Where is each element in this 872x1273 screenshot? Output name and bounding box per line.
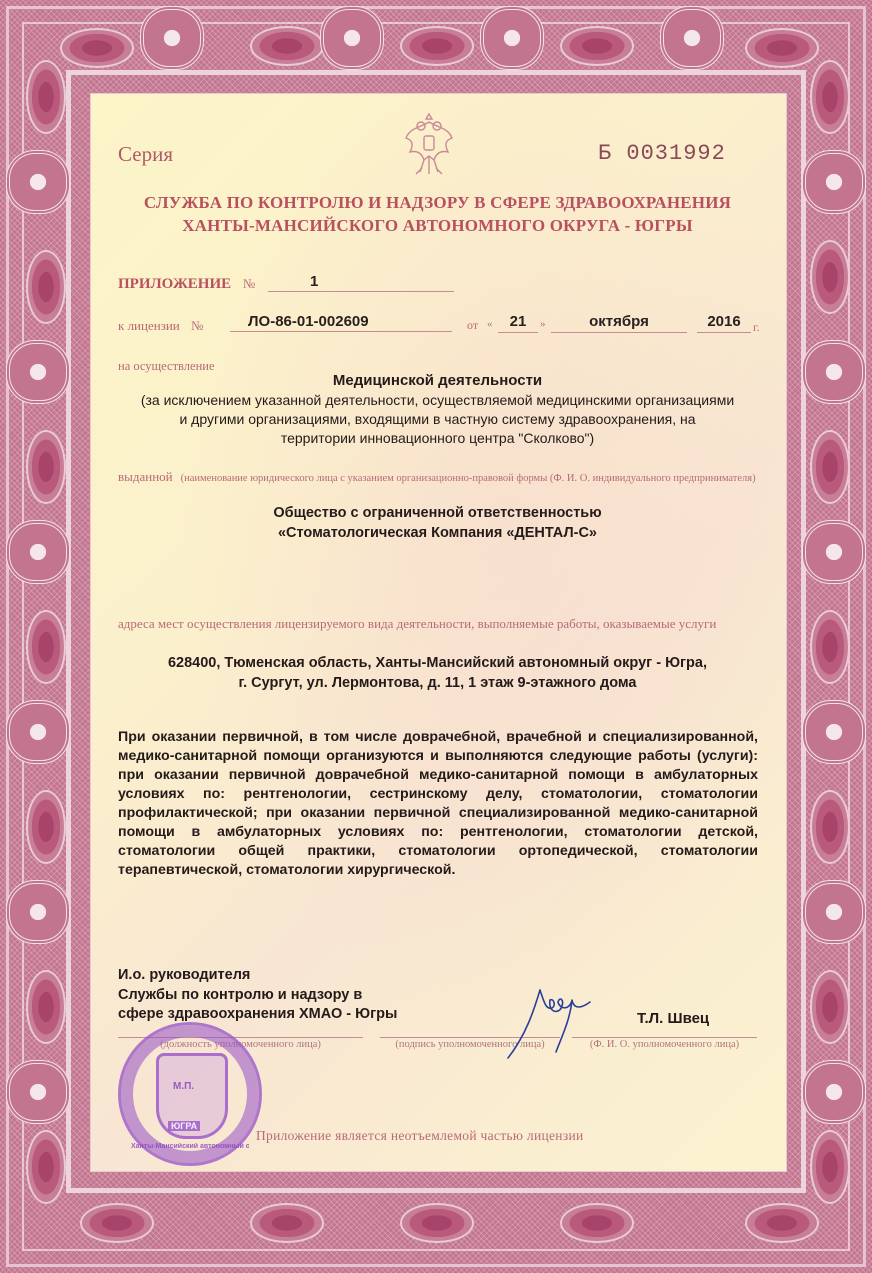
address-label: адреса мест осуществления лицензируемого… bbox=[118, 616, 756, 632]
appendix-row: ПРИЛОЖЕНИЕ № bbox=[118, 276, 255, 293]
ornament-medallion bbox=[560, 26, 634, 66]
ornament-knot bbox=[320, 6, 384, 70]
ornament-medallion bbox=[80, 1203, 154, 1243]
appendix-number-field: 1 bbox=[268, 273, 454, 292]
official-stamp: М.П. ЮГРА Ханты-Мансийский автономный ок… bbox=[118, 1022, 262, 1166]
ornament-knot bbox=[6, 1060, 70, 1124]
license-number-field: ЛО-86-01-002609 bbox=[230, 313, 452, 332]
activity-description-line: и другими организациями, входящими в час… bbox=[100, 410, 775, 429]
series-label: Серия bbox=[118, 142, 173, 167]
address-line2: г. Сургут, ул. Лермонтова, д. 11, 1 этаж… bbox=[100, 673, 775, 693]
ornament-medallion bbox=[810, 610, 850, 684]
ornament-medallion bbox=[810, 240, 850, 314]
signatory-position: И.о. руководителя Службы по контролю и н… bbox=[118, 966, 397, 1025]
ornament-medallion bbox=[400, 1203, 474, 1243]
activity-title: Медицинской деятельности bbox=[100, 372, 775, 389]
ornament-medallion bbox=[560, 1203, 634, 1243]
appendix-label: ПРИЛОЖЕНИЕ bbox=[118, 276, 231, 292]
ornament-knot bbox=[140, 6, 204, 70]
ornament-medallion bbox=[26, 430, 66, 504]
license-label: к лицензии bbox=[118, 318, 180, 333]
signatory-position-line3: сфере здравоохранения ХМАО - Югры bbox=[118, 1005, 397, 1025]
ornament-medallion bbox=[810, 430, 850, 504]
activity-description: (за исключением указанной деятельности, … bbox=[100, 391, 775, 448]
license-number-sign: № bbox=[191, 318, 203, 333]
address-line1: 628400, Тюменская область, Ханты-Мансийс… bbox=[100, 653, 775, 673]
ornament-medallion bbox=[26, 250, 66, 324]
ornament-knot bbox=[802, 520, 866, 584]
ornament-medallion bbox=[400, 26, 474, 66]
stamp-emblem-text: ЮГРА bbox=[168, 1121, 200, 1131]
appendix-number-sign: № bbox=[243, 276, 255, 291]
ornament-knot bbox=[6, 340, 70, 404]
ornament-medallion bbox=[745, 1203, 819, 1243]
license-from-label: от bbox=[467, 318, 478, 333]
licensee-name: Общество с ограниченной ответственностью… bbox=[100, 503, 775, 543]
ornament-medallion bbox=[250, 1203, 324, 1243]
ornament-medallion bbox=[810, 1130, 850, 1204]
signatory-name: Т.Л. Швец bbox=[637, 1010, 709, 1027]
ornament-medallion bbox=[26, 790, 66, 864]
date-close-quote: » bbox=[540, 318, 546, 330]
ornament-knot bbox=[6, 150, 70, 214]
signatory-position-line1: И.о. руководителя bbox=[118, 966, 397, 986]
ornament-knot bbox=[802, 880, 866, 944]
ornament-medallion bbox=[810, 970, 850, 1044]
series-number: Б 0031992 bbox=[598, 141, 726, 166]
ornament-knot bbox=[6, 700, 70, 764]
handwritten-signature bbox=[500, 980, 600, 1060]
ornament-medallion bbox=[745, 28, 819, 68]
license-label-row: к лицензии № bbox=[118, 318, 203, 334]
ornament-knot bbox=[6, 880, 70, 944]
date-open-quote: « bbox=[487, 318, 493, 330]
ornament-medallion bbox=[60, 28, 134, 68]
services-text: При оказании первичной, в том числе довр… bbox=[118, 728, 758, 880]
license-day-field: 21 bbox=[498, 313, 538, 333]
ornament-knot bbox=[802, 700, 866, 764]
ornament-knot bbox=[480, 6, 544, 70]
russian-coat-of-arms-icon bbox=[404, 110, 454, 178]
ornament-knot bbox=[660, 6, 724, 70]
activity-description-line: (за исключением указанной деятельности, … bbox=[100, 391, 775, 410]
ornament-medallion bbox=[26, 970, 66, 1044]
ornament-knot bbox=[802, 340, 866, 404]
ornament-knot bbox=[802, 150, 866, 214]
ornament-medallion bbox=[26, 610, 66, 684]
licensee-name-line2: «Стоматологическая Компания «ДЕНТАЛ-С» bbox=[100, 523, 775, 543]
ornament-knot bbox=[802, 1060, 866, 1124]
address-block: 628400, Тюменская область, Ханты-Мансийс… bbox=[100, 653, 775, 693]
issued-to-label: выданной bbox=[118, 469, 173, 484]
stamp-mp-label: М.П. bbox=[173, 1081, 194, 1092]
year-suffix: г. bbox=[753, 320, 760, 335]
license-month-field: октября bbox=[551, 313, 687, 333]
ornament-knot bbox=[6, 520, 70, 584]
issued-to-hint: (наименование юридического лица с указан… bbox=[181, 473, 756, 484]
licensee-name-line1: Общество с ограниченной ответственностью bbox=[100, 503, 775, 523]
activity-description-line: территории инновационного центра "Сколко… bbox=[100, 429, 775, 448]
agency-title-line2: ХАНТЫ-МАНСИЙСКОГО АВТОНОМНОГО ОКРУГА - Ю… bbox=[100, 216, 775, 236]
ornament-medallion bbox=[250, 26, 324, 66]
stamp-ring-text: Ханты-Мансийский автономный округ - Югра bbox=[131, 1143, 249, 1150]
issued-to-row: выданной (наименование юридического лица… bbox=[118, 469, 768, 486]
ornament-medallion bbox=[26, 1130, 66, 1204]
ornament-medallion bbox=[810, 790, 850, 864]
ornament-medallion bbox=[26, 60, 66, 134]
ornament-medallion bbox=[810, 60, 850, 134]
signatory-position-line2: Службы по контролю и надзору в bbox=[118, 986, 397, 1006]
license-year-field: 2016 bbox=[697, 313, 751, 333]
footer-note: Приложение является неотъемлемой частью … bbox=[256, 1128, 584, 1144]
agency-title-line1: СЛУЖБА ПО КОНТРОЛЮ И НАДЗОРУ В СФЕРЕ ЗДР… bbox=[100, 193, 775, 213]
